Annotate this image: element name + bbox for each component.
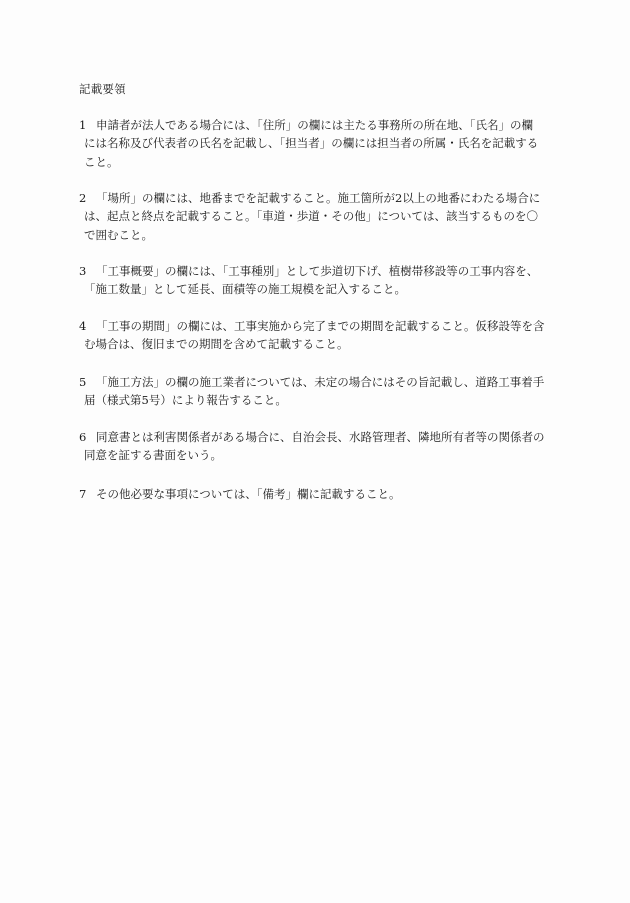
document-page: 記載要領 1申請者が法人である場合には、「住所」の欄には主たる事務所の所在地、「… [0,0,630,903]
item-line: 3「工事概要」の欄には、「工事種別」として歩道切下げ、植樹帯移設等の工事内容を、 [79,262,554,280]
item-line: 7その他必要な事項については、「備考」欄に記載すること。 [79,485,554,503]
item-line: む場合は、復旧までの期間を含めて記載すること。 [79,335,554,353]
document-title: 記載要領 [79,80,126,98]
item-line: 6同意書とは利害関係者がある場合に、自治会長、水路管理者、隣地所有者等の関係者の [79,428,554,446]
instruction-item-7: 7その他必要な事項については、「備考」欄に記載すること。 [79,485,554,503]
item-text: 同意書とは利害関係者がある場合に、自治会長、水路管理者、隣地所有者等の関係者の [96,430,545,444]
instruction-item-1: 1申請者が法人である場合には、「住所」の欄には主たる事務所の所在地、「氏名」の欄… [79,116,554,171]
item-number: 2 [79,189,96,207]
item-line: 2「場所」の欄には、地番までを記載すること。施工箇所が2以上の地番にわたる場合に [79,189,554,207]
item-line: 4「工事の期間」の欄には、工事実施から完了までの期間を記載すること。仮移設等を含 [79,317,554,335]
item-line: 1申請者が法人である場合には、「住所」の欄には主たる事務所の所在地、「氏名」の欄 [79,116,554,134]
item-text: 「場所」の欄には、地番までを記載すること。施工箇所が2以上の地番にわたる場合に [96,191,540,205]
item-line: こと。 [79,153,554,171]
item-text: その他必要な事項については、「備考」欄に記載すること。 [96,487,401,501]
item-number: 6 [79,428,96,446]
instruction-item-6: 6同意書とは利害関係者がある場合に、自治会長、水路管理者、隣地所有者等の関係者の… [79,428,554,465]
item-text: 申請者が法人である場合には、「住所」の欄には主たる事務所の所在地、「氏名」の欄 [96,118,533,132]
item-line: 「施工数量」として延長、面積等の施工規模を記入すること。 [79,280,554,298]
instruction-item-5: 5「施工方法」の欄の施工業者については、未定の場合にはその旨記載し、道路工事着手… [79,373,554,410]
item-number: 3 [79,262,96,280]
instruction-item-4: 4「工事の期間」の欄には、工事実施から完了までの期間を記載すること。仮移設等を含… [79,317,554,354]
item-line: 5「施工方法」の欄の施工業者については、未定の場合にはその旨記載し、道路工事着手 [79,373,554,391]
item-text: 「施工方法」の欄の施工業者については、未定の場合にはその旨記載し、道路工事着手 [96,375,544,389]
item-number: 7 [79,485,96,503]
item-line: 同意を証する書面をいう。 [79,446,554,464]
item-number: 1 [79,116,96,134]
item-line: には名称及び代表者の氏名を記載し、「担当者」の欄には担当者の所属・氏名を記載する [79,134,554,152]
item-line: は、起点と終点を記載すること。「車道・歩道・その他」については、該当するものを〇 [79,207,554,225]
item-line: 届（様式第5号）により報告すること。 [79,391,554,409]
item-number: 5 [79,373,96,391]
item-text: 「工事の期間」の欄には、工事実施から完了までの期間を記載すること。仮移設等を含 [96,319,545,333]
item-line: で囲むこと。 [79,226,554,244]
item-number: 4 [79,317,96,335]
instruction-item-2: 2「場所」の欄には、地番までを記載すること。施工箇所が2以上の地番にわたる場合に… [79,189,554,244]
instruction-item-3: 3「工事概要」の欄には、「工事種別」として歩道切下げ、植樹帯移設等の工事内容を、… [79,262,554,299]
item-text: 「工事概要」の欄には、「工事種別」として歩道切下げ、植樹帯移設等の工事内容を、 [96,264,538,278]
